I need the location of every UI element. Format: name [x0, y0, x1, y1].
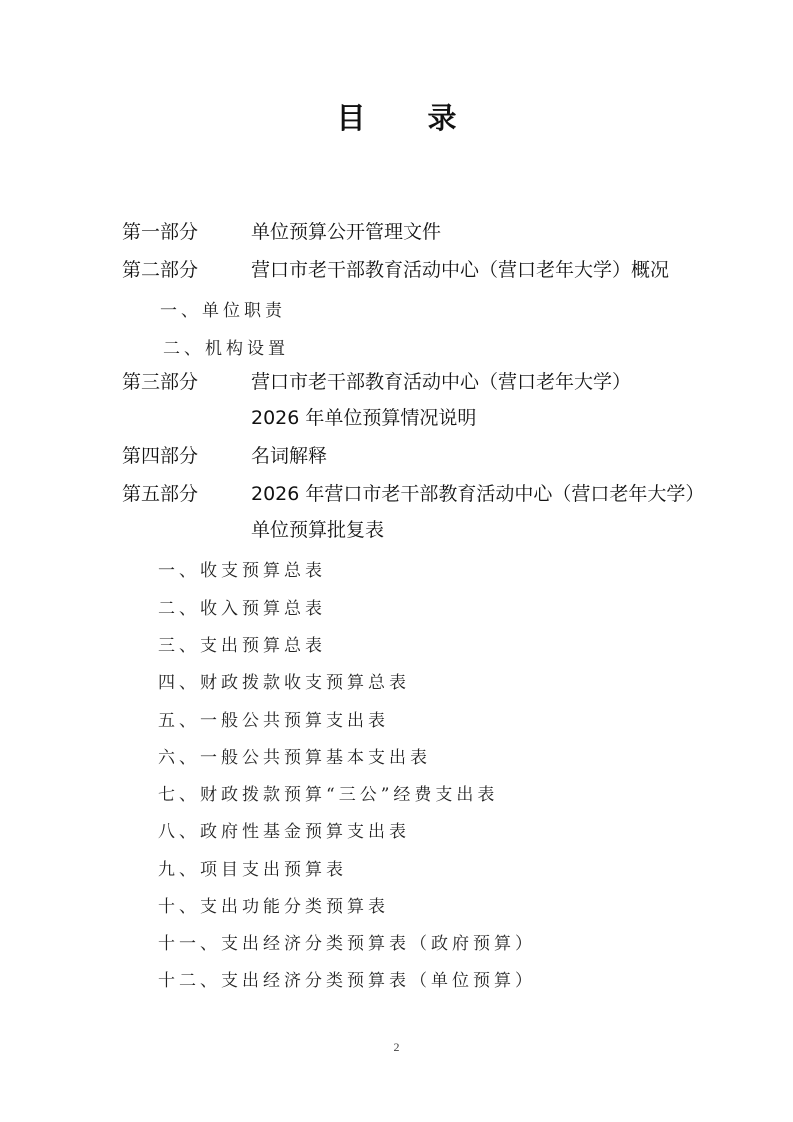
toc-subitem[interactable]: 三、支出预算总表 — [158, 631, 326, 656]
toc-subitem[interactable]: 八、政府性基金预算支出表 — [158, 817, 410, 842]
toc-subitem[interactable]: 九、项目支出预算表 — [158, 855, 347, 880]
part-label: 第一部分 — [122, 220, 198, 244]
part-title: 名词解释 — [251, 444, 327, 468]
part-title: 单位预算公开管理文件 — [251, 220, 441, 244]
toc-subitem[interactable]: 十、支出功能分类预算表 — [158, 892, 389, 917]
part-title: 营口市老干部教育活动中心（营口老年大学） — [251, 370, 631, 394]
toc-subitem[interactable]: 二、机构设置 — [163, 334, 289, 359]
toc-subitem[interactable]: 一、收支预算总表 — [158, 556, 326, 581]
toc-subitem[interactable]: 一、单位职责 — [160, 296, 286, 321]
title-char-2: 录 — [428, 96, 457, 137]
toc-subitem[interactable]: 十一、支出经济分类预算表（政府预算） — [158, 929, 536, 954]
toc-subitem[interactable]: 六、一般公共预算基本支出表 — [158, 743, 431, 768]
page-number: 2 — [0, 1040, 793, 1055]
part-label: 第三部分 — [122, 370, 198, 394]
part-title-cont: 单位预算批复表 — [251, 518, 384, 542]
toc-subitem[interactable]: 五、一般公共预算支出表 — [158, 706, 389, 731]
page-title: 目录 — [0, 96, 793, 137]
toc-subitem[interactable]: 二、收入预算总表 — [158, 594, 326, 619]
part-title-cont: 2026 年单位预算情况说明 — [251, 406, 476, 430]
part-label: 第四部分 — [122, 444, 198, 468]
toc-subitem[interactable]: 七、财政拨款预算“三公”经费支出表 — [158, 780, 498, 805]
toc-subitem[interactable]: 四、财政拨款收支预算总表 — [158, 668, 410, 693]
part-label: 第二部分 — [122, 258, 198, 282]
title-char-1: 目 — [336, 96, 365, 137]
part-label: 第五部分 — [122, 482, 198, 506]
part-title: 营口市老干部教育活动中心（营口老年大学）概况 — [251, 258, 669, 282]
part-title: 2026 年营口市老干部教育活动中心（营口老年大学） — [251, 482, 704, 506]
toc-subitem[interactable]: 十二、支出经济分类预算表（单位预算） — [158, 966, 536, 991]
